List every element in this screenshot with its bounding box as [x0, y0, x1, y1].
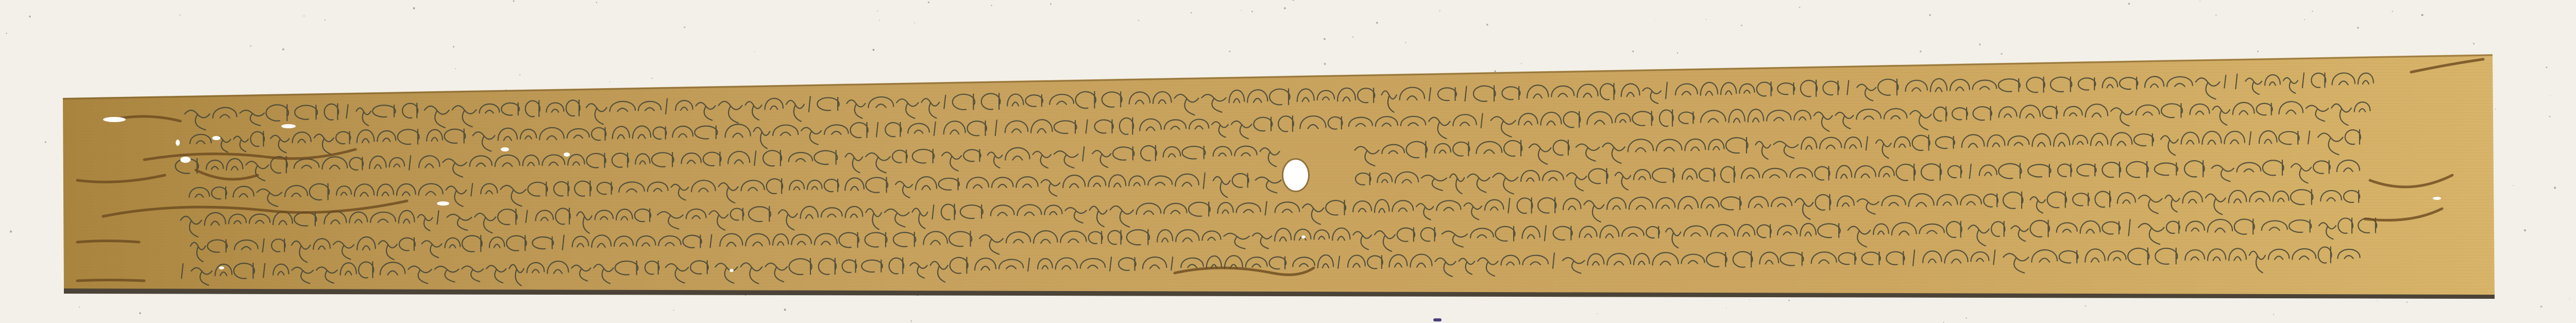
- worm-hole: [219, 266, 224, 269]
- worm-hole: [103, 117, 126, 122]
- worm-hole: [176, 140, 180, 146]
- worm-hole: [501, 147, 509, 151]
- insect-damage: [77, 280, 144, 281]
- worm-hole: [281, 124, 296, 128]
- worm-hole: [180, 157, 191, 163]
- palm-leaf: [0, 0, 2576, 323]
- manuscript-photo: Odia: [0, 0, 2576, 323]
- worm-hole: [437, 201, 449, 206]
- insect-damage: [77, 241, 139, 243]
- leaf-grain: [63, 54, 2495, 295]
- worm-hole: [212, 136, 221, 140]
- worm-hole: [730, 269, 734, 272]
- purple-marker: [1433, 318, 1442, 321]
- string-hole: [1283, 160, 1308, 191]
- worm-hole: [1301, 235, 1306, 239]
- worm-hole: [2433, 197, 2441, 200]
- worm-hole: [564, 152, 570, 157]
